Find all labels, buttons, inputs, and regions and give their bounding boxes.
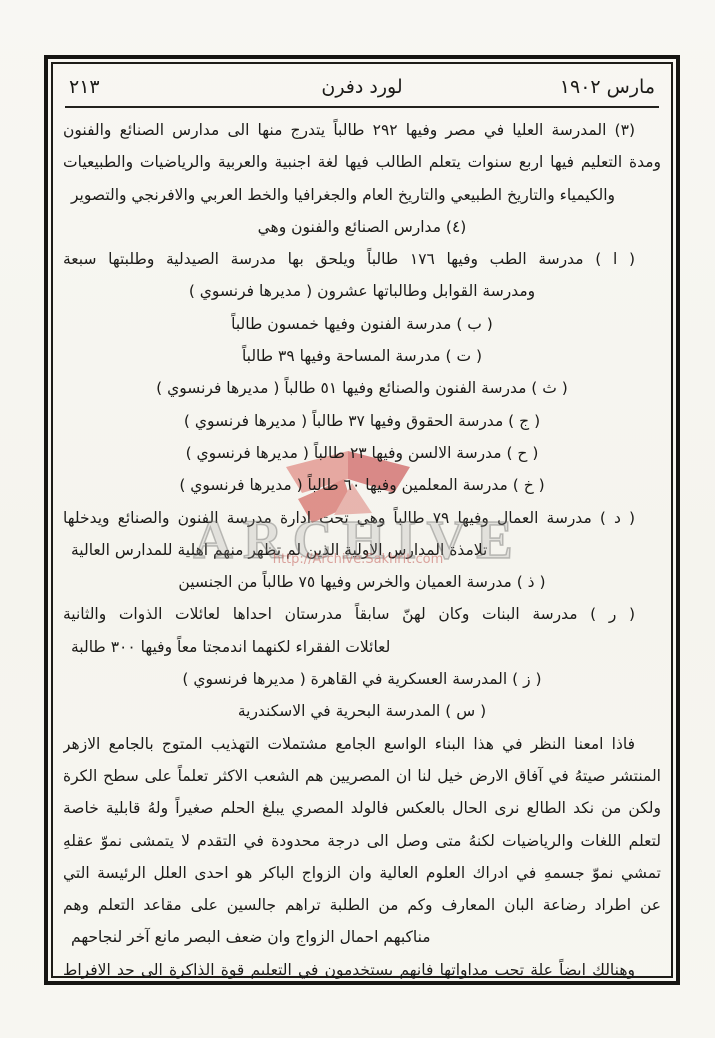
text-line: عن اطراد رضاعة البان المعارف وكم من الطل…: [63, 889, 661, 921]
text-line: ومدة التعليم فيها اربع سنوات يتعلم الطال…: [63, 146, 661, 178]
page-title: لورد دفرن: [179, 76, 545, 98]
text-line: ( ر ) مدرسة البنات وكان لهنّ سابقاً مدرس…: [63, 598, 661, 630]
watermark-url: http://Archive.Sakhrit.com: [168, 552, 548, 567]
text-line: وهنالك ايضاً علة تجب مداواتها فانهم يستخ…: [63, 954, 661, 986]
header-date: مارس ١٩٠٢: [545, 76, 655, 98]
text-line: المنتشر صيتهُ في آفاق الارض خيل لنا ان ا…: [63, 760, 661, 792]
page-header: مارس ١٩٠٢ لورد دفرن ٢١٣: [63, 70, 661, 104]
text-line: ( ا ) مدرسة الطب وفيها ١٧٦ طالباً ويلحق …: [63, 243, 661, 275]
text-line: ( ز ) المدرسة العسكرية في القاهرة ( مدير…: [63, 663, 661, 695]
text-line: ( ح ) مدرسة الالسن وفيها ٢٣ طالباً ( مدي…: [63, 437, 661, 469]
text-line: (٣) المدرسة العليا في مصر وفيها ٢٩٢ طالب…: [63, 114, 661, 146]
text-line: تمشي نموّ جسمهِ في ادراك العلوم العالية …: [63, 857, 661, 889]
text-line: (٤) مدارس الصنائع والفنون وهي: [63, 211, 661, 243]
header-rule: [65, 106, 659, 108]
text-line: لعائلات الفقراء لكنهما اندمجتا معاً وفيه…: [63, 631, 661, 663]
text-line: ( خ ) مدرسة المعلمين وفيها ٦٠ طالباً ( م…: [63, 469, 661, 501]
text-line: فاذا امعنا النظر في هذا البناء الواسع ال…: [63, 728, 661, 760]
text-line: ( ذ ) مدرسة العميان والخرس وفيها ٧٥ طالب…: [63, 566, 661, 598]
page-number: ٢١٣: [69, 76, 179, 98]
text-line: والكيمياء والتاريخ الطبيعي والتاريخ العا…: [63, 179, 661, 211]
text-line: ( ج ) مدرسة الحقوق وفيها ٣٧ طالباً ( مدي…: [63, 405, 661, 437]
text-line: ولكن من نكد الطالع نرى الحال بالعكس فالو…: [63, 792, 661, 824]
text-line: ( ث ) مدرسة الفنون والصنائع وفيها ٥١ طال…: [63, 372, 661, 404]
text-line: ( ب ) مدرسة الفنون وفيها خمسون طالباً: [63, 308, 661, 340]
text-line: ( ت ) مدرسة المساحة وفيها ٣٩ طالباً: [63, 340, 661, 372]
text-line: ومدرسة القوابل وطالباتها عشرون ( مديرها …: [63, 275, 661, 307]
text-line: لتعلم اللغات والرياضيات لكنهُ متى وصل ال…: [63, 825, 661, 857]
text-line: مناكبهم احمال الزواج وان ضعف البصر مانع …: [63, 921, 661, 953]
text-line: ( س ) المدرسة البحرية في الاسكندرية: [63, 695, 661, 727]
